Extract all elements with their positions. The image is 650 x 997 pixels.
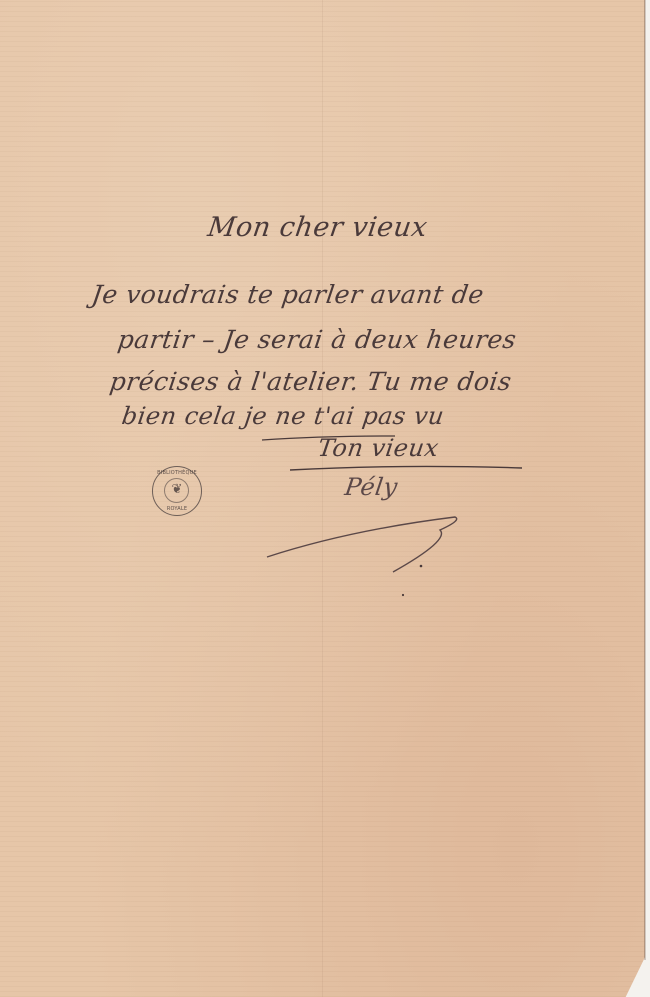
letter-salutation: Mon cher vieux xyxy=(206,212,430,243)
letter-body-line-4: bien cela je ne t'ai pas vu xyxy=(120,402,446,430)
letter-signature: Pély xyxy=(343,473,399,501)
letter-body-line-2: partir – Je serai à deux heures xyxy=(116,325,518,354)
letter-body-line-1: Je voudrais te parler avant de xyxy=(90,280,486,309)
stamp-top-text: BIBLIOTHÈQUE xyxy=(153,470,201,476)
letter-closing: Ton vieux xyxy=(316,434,441,462)
stamp-bottom-text: ROYALE xyxy=(153,506,201,512)
paper-fold-line xyxy=(322,0,323,997)
letter-body-line-3: précises à l'atelier. Tu me dois xyxy=(108,367,514,396)
library-stamp: BIBLIOTHÈQUE ❦ ROYALE xyxy=(152,466,202,516)
paper-edge xyxy=(644,0,646,960)
crest-icon: ❦ xyxy=(153,482,201,497)
